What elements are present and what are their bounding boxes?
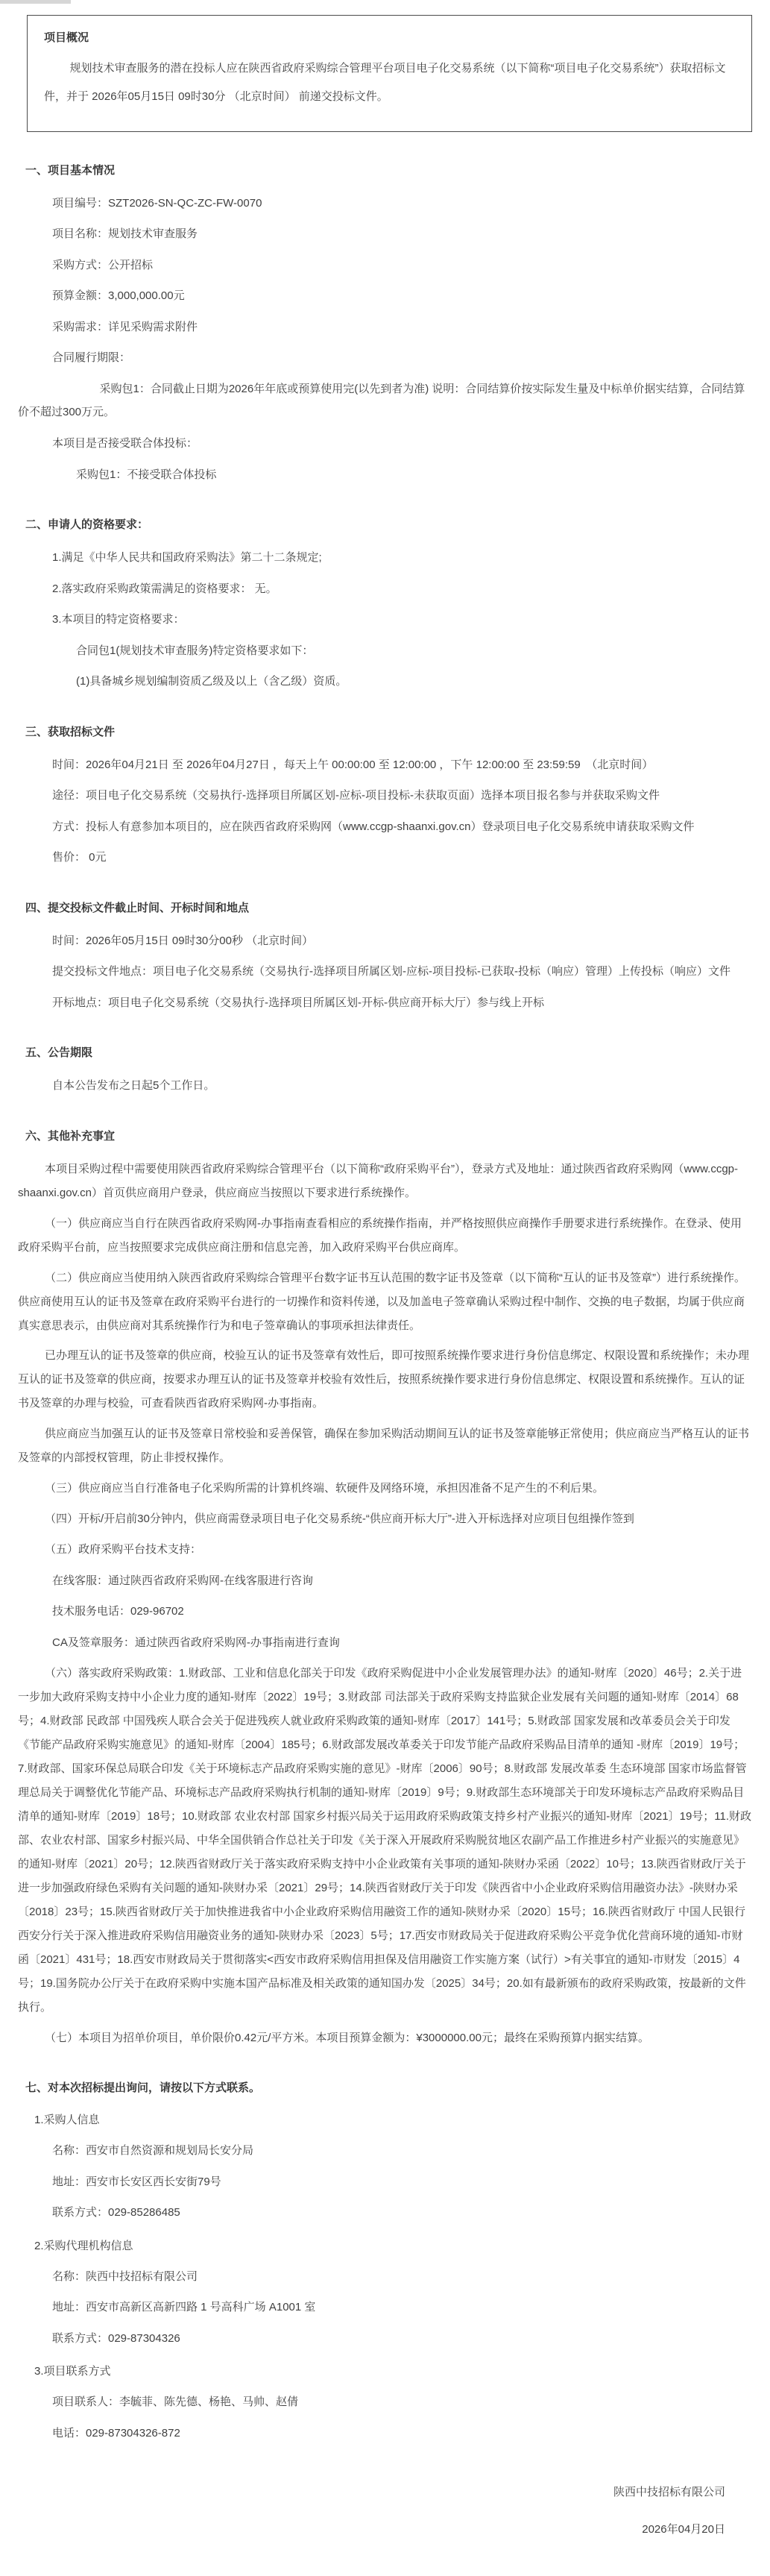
section-title: 四、提交投标文件截止时间、开标时间和地点	[25, 899, 752, 917]
agency-name: 名称：陕西中技招标有限公司	[52, 2265, 752, 2289]
signature-block: 陕西中技招标有限公司 2026年04月20日	[18, 2479, 752, 2543]
support-online-service: 在线客服：通过陕西省政府采购网-在线客服进行咨询	[52, 1569, 752, 1593]
section-other-matters: 六、其他补充事宜 本项目采购过程中需要使用陕西省政府采购综合管理平台（以下简称“…	[18, 1128, 752, 2050]
other-paragraph: 已办理互认的证书及签章的供应商，校验互认的证书及签章有效性后，即可按照系统操作要…	[18, 1344, 752, 1416]
field-project-name: 项目名称：规划技术审查服务	[52, 222, 752, 246]
agency-head: 2.采购代理机构信息	[34, 2235, 752, 2258]
field-demand: 采购需求：详见采购需求附件	[52, 315, 752, 339]
obtain-time: 时间：2026年04月21日 至 2026年04月27日 ，每天上午 00:00…	[52, 753, 752, 777]
section-title: 七、对本次招标提出询问，请按以下方式联系。	[25, 2079, 752, 2097]
other-paragraph: （七）本项目为招单价项目，单价限价0.42元/平方米。本项目预算金额为：¥300…	[18, 2026, 752, 2050]
other-paragraph: （四）开标/开启前30分钟内，供应商需登录项目电子化交易系统-“供应商开标大厅”…	[18, 1507, 752, 1531]
section-basic-info: 一、项目基本情况 项目编号：SZT2026-SN-QC-ZC-FW-0070 项…	[18, 162, 752, 487]
section-title: 二、申请人的资格要求：	[25, 516, 752, 534]
signature-date: 2026年04月20日	[18, 2516, 725, 2543]
project-contact-head: 3.项目联系方式	[34, 2360, 752, 2383]
obtain-price: 售价： 0元	[52, 846, 752, 870]
section-notice-period: 五、公告期限 自本公告发布之日起5个工作日。	[18, 1044, 752, 1098]
agency-address: 地址：西安市高新区高新四路 1 号高科广场 A1001 室	[52, 2296, 752, 2319]
announcement-document: 项目概况 规划技术审查服务的潜在投标人应在陕西省政府采购综合管理平台项目电子化交…	[0, 0, 770, 2576]
other-policy-list: （六）落实政府采购政策：1.财政部、工业和信息化部关于印发《政府采购促进中小企业…	[18, 1662, 752, 2019]
notice-period-body: 自本公告发布之日起5个工作日。	[52, 1074, 752, 1098]
section-title: 一、项目基本情况	[25, 162, 752, 180]
purchaser-name: 名称：西安市自然资源和规划局长安分局	[52, 2139, 752, 2163]
project-contact-persons: 项目联系人：李毓菲、陈先德、杨艳、马帅、赵倩	[52, 2390, 752, 2414]
section-title: 六、其他补充事宜	[25, 1128, 752, 1146]
section-title: 三、获取招标文件	[25, 723, 752, 741]
project-overview-box: 项目概况 规划技术审查服务的潜在投标人应在陕西省政府采购综合管理平台项目电子化交…	[27, 15, 752, 132]
other-paragraph: 本项目采购过程中需要使用陕西省政府采购综合管理平台（以下简称“政府采购平台”），…	[18, 1157, 752, 1205]
section-obtain-documents: 三、获取招标文件 时间：2026年04月21日 至 2026年04月27日 ，每…	[18, 723, 752, 870]
support-phone: 技术服务电话：029-96702	[52, 1600, 752, 1624]
other-paragraph: （一）供应商应当自行在陕西省政府采购网-办事指南查看相应的系统操作指南，并严格按…	[18, 1212, 752, 1260]
obtain-way: 方式：投标人有意参加本项目的，应在陕西省政府采购网（www.ccgp-shaan…	[52, 815, 752, 839]
field-joint-bid-pkg: 采购包1：不接受联合体投标	[76, 463, 752, 487]
field-project-no: 项目编号：SZT2026-SN-QC-ZC-FW-0070	[52, 192, 752, 216]
top-left-bar	[0, 0, 71, 4]
qualification-item-1: 1.满足《中华人民共和国政府采购法》第二十二条规定;	[52, 546, 752, 570]
qualification-item-2: 2.落实政府采购政策需满足的资格要求： 无。	[52, 577, 752, 601]
other-paragraph: （三）供应商应当自行准备电子化采购所需的计算机终端、软硬件及网络环境，承担因准备…	[18, 1477, 752, 1501]
deadline-open-place: 开标地点：项目电子化交易系统（交易执行-选择项目所属区划-开标-供应商开标大厅）…	[52, 991, 752, 1015]
qualification-item-3: 3.本项目的特定资格要求：	[52, 608, 752, 632]
overview-title: 项目概况	[44, 29, 735, 47]
deadline-submit-place: 提交投标文件地点：项目电子化交易系统（交易执行-选择项目所属区划-应标-项目投标…	[52, 960, 752, 984]
other-paragraph: 供应商应当加强互认的证书及签章日常校验和妥善保管，确保在参加采购活动期间互认的证…	[18, 1422, 752, 1470]
field-contract-period-pkg: 采购包1：合同截止日期为2026年年底或预算使用完(以先到者为准) 说明：合同结…	[18, 377, 752, 425]
section-deadline-opening: 四、提交投标文件截止时间、开标时间和地点 时间：2026年05月15日 09时3…	[18, 899, 752, 1015]
section-contact: 七、对本次招标提出询问，请按以下方式联系。 1.采购人信息 名称：西安市自然资源…	[18, 2079, 752, 2445]
field-joint-bid-label: 本项目是否接受联合体投标：	[52, 432, 752, 456]
field-budget: 预算金额：3,000,000.00元	[52, 284, 752, 308]
overview-text: 规划技术审查服务的潜在投标人应在陕西省政府采购综合管理平台项目电子化交易系统（以…	[44, 54, 735, 112]
field-contract-period-label: 合同履行期限：	[52, 346, 752, 370]
support-ca-service: CA及签章服务：通过陕西省政府采购网-办事指南进行查询	[52, 1631, 752, 1655]
agency-phone: 联系方式：029-87304326	[52, 2327, 752, 2351]
project-contact-phone: 电话：029-87304326-872	[52, 2422, 752, 2445]
section-title: 五、公告期限	[25, 1044, 752, 1062]
deadline-time: 时间：2026年05月15日 09时30分00秒 （北京时间）	[52, 929, 752, 953]
purchaser-address: 地址：西安市长安区西长安街79号	[52, 2170, 752, 2194]
purchaser-head: 1.采购人信息	[34, 2109, 752, 2132]
obtain-channel: 途径：项目电子化交易系统（交易执行-选择项目所属区划-应标-项目投标-未获取页面…	[52, 784, 752, 808]
other-paragraph: （五）政府采购平台技术支持：	[18, 1538, 752, 1562]
purchaser-phone: 联系方式：029-85286485	[52, 2201, 752, 2225]
section-qualification: 二、申请人的资格要求： 1.满足《中华人民共和国政府采购法》第二十二条规定; 2…	[18, 516, 752, 694]
qualification-item-3-detail: (1)具备城乡规划编制资质乙级及以上（含乙级）资质。	[76, 670, 752, 694]
field-method: 采购方式：公开招标	[52, 254, 752, 277]
other-paragraph: （二）供应商应当使用纳入陕西省政府采购综合管理平台数字证书互认范围的数字证书及签…	[18, 1266, 752, 1338]
qualification-item-3-pkg: 合同包1(规划技术审查服务)特定资格要求如下：	[76, 639, 752, 663]
signature-company: 陕西中技招标有限公司	[18, 2479, 725, 2506]
